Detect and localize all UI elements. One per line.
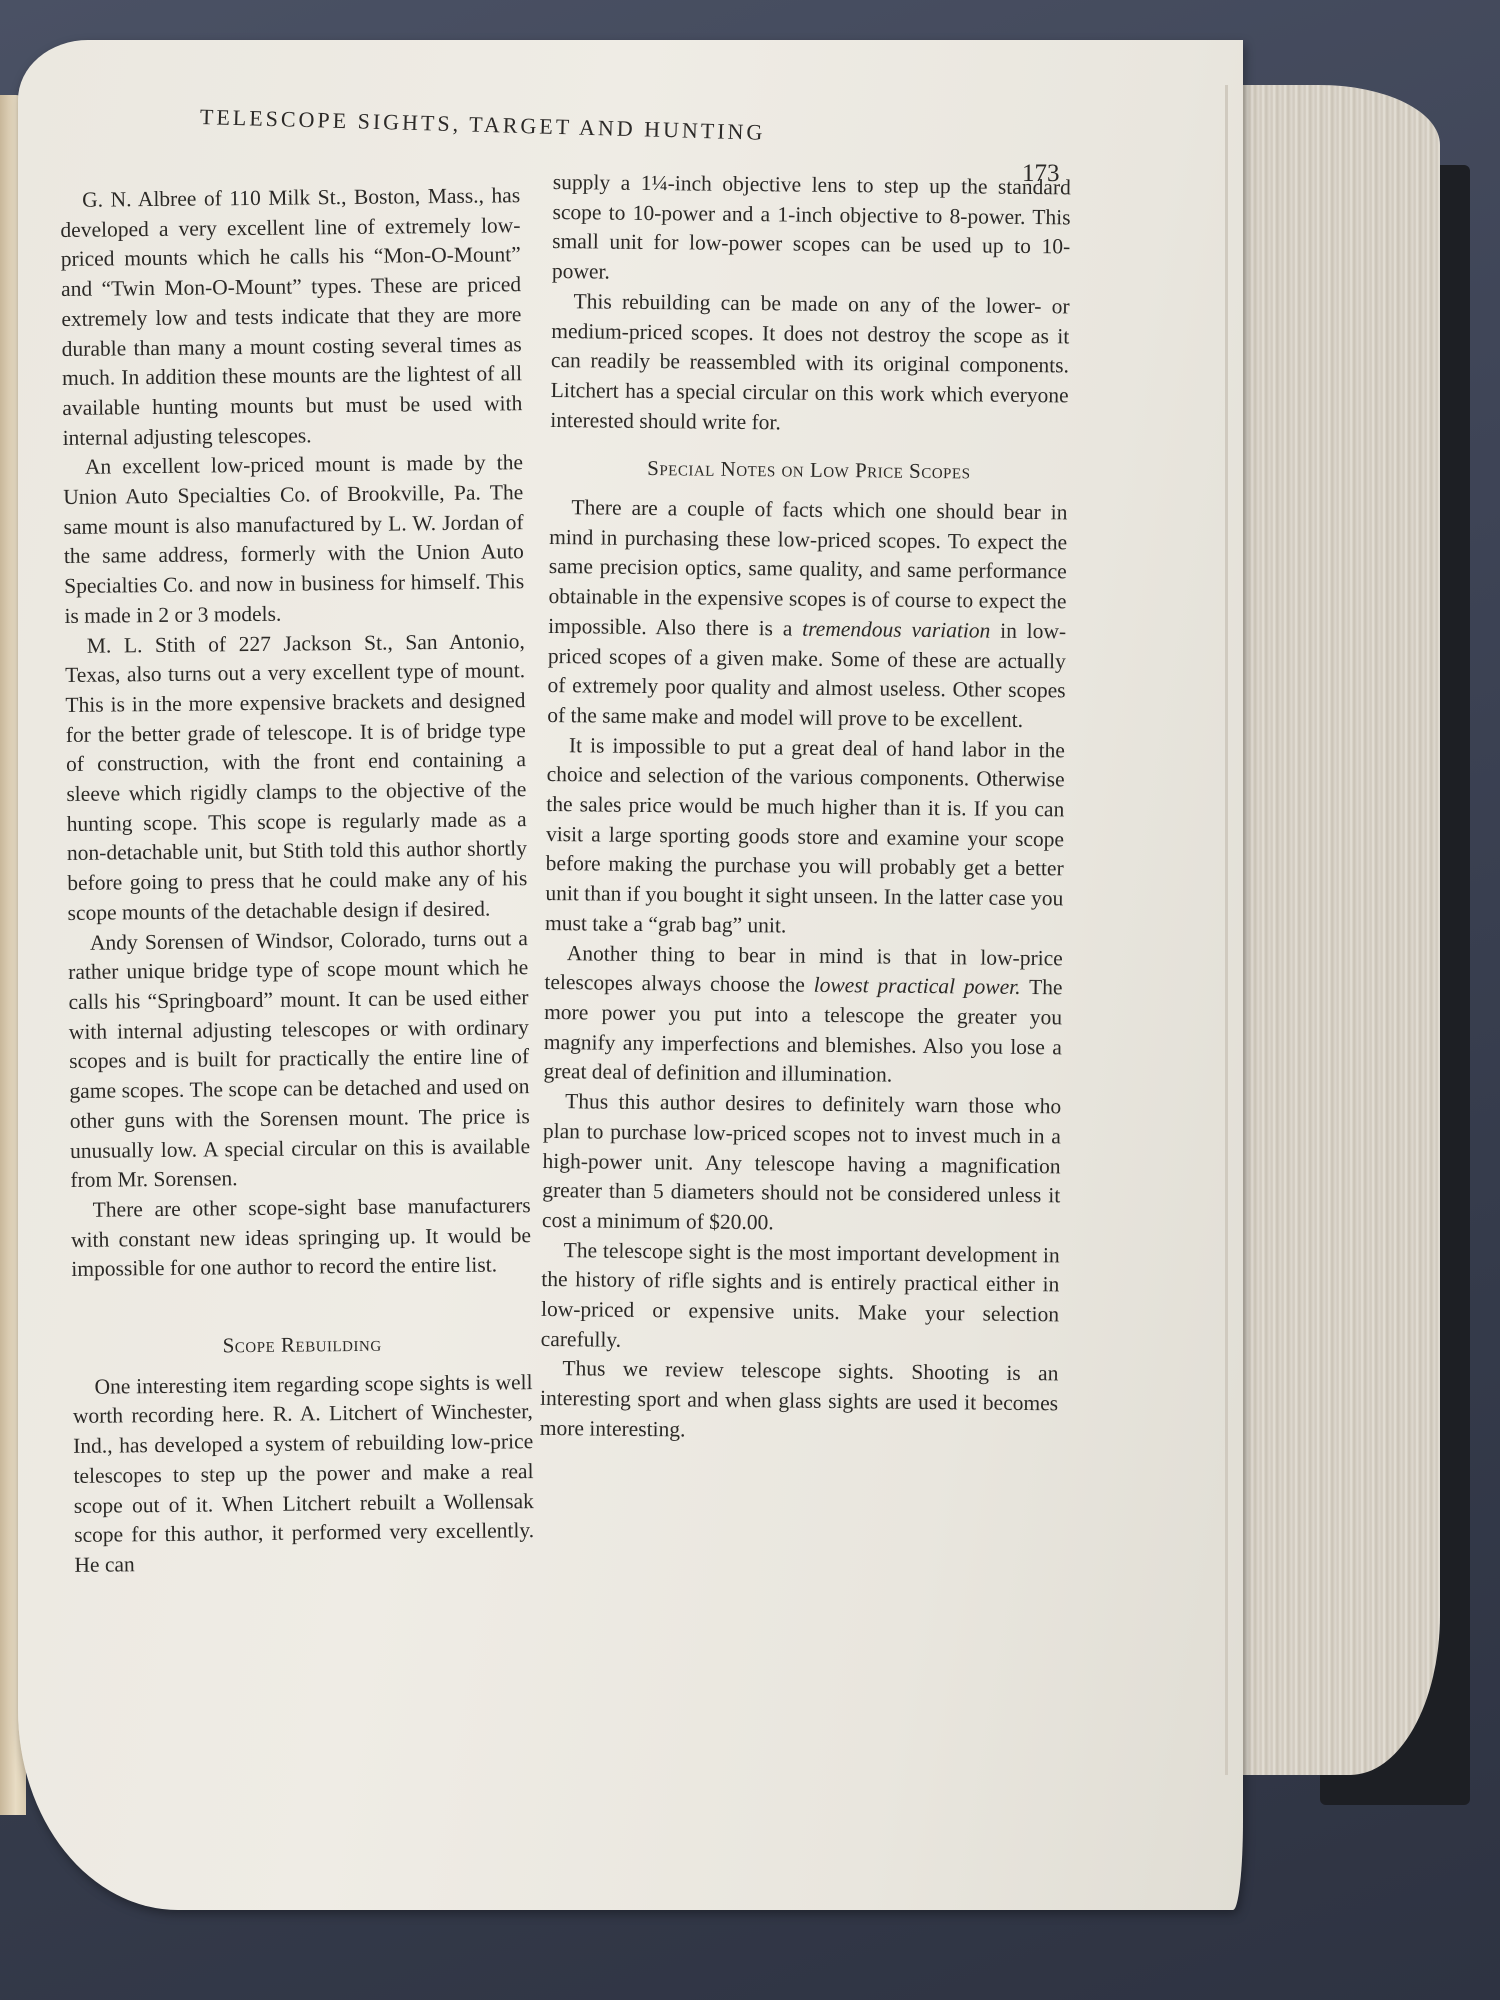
paragraph-lens-supply: supply a 1¼-inch objective lens to step … (552, 168, 1071, 292)
paragraph-litchert: One interesting item regarding scope sig… (72, 1368, 534, 1581)
paragraph-hand-labor: It is impossible to put a great deal of … (545, 731, 1065, 944)
paragraph-facts: There are a couple of facts which one sh… (547, 493, 1067, 736)
paragraph-sorensen: Andy Sorensen of Windsor, Colorado, turn… (68, 924, 531, 1196)
paragraph-conclusion: Thus we review telescope sights. Shootin… (540, 1354, 1059, 1449)
paragraph-other-manufacturers: There are other scope-sight base manufac… (71, 1191, 532, 1285)
section-heading-scope-rebuilding: Scope Rebuilding (72, 1328, 532, 1363)
paragraph-stith: M. L. Stith of 227 Jackson St., San Anto… (65, 627, 528, 929)
right-column: supply a 1¼-inch objective lens to step … (540, 168, 1071, 1449)
left-column: G. N. Albree of 110 Milk St., Boston, Ma… (60, 181, 535, 1580)
section-heading-special-notes: Special Notes on Low Price Scopes (550, 453, 1068, 488)
page-block-edges (1225, 85, 1440, 1775)
paragraph-albree: G. N. Albree of 110 Milk St., Boston, Ma… (60, 181, 523, 453)
emphasis-tremendous-variation: tremendous variation (802, 616, 990, 642)
paragraph-importance: The telescope sight is the most importan… (541, 1236, 1060, 1360)
emphasis-lowest-practical-power: lowest practical power. (814, 973, 1021, 999)
paragraph-rebuilding: This rebuilding can be made on any of th… (550, 287, 1070, 441)
paragraph-warning: Thus this author desires to definitely w… (542, 1087, 1062, 1241)
page-fore-edge (1225, 85, 1228, 1775)
paragraph-lowest-power: Another thing to bear in mind is that in… (543, 939, 1063, 1093)
paragraph-union-auto: An excellent low-priced mount is made by… (63, 448, 525, 631)
